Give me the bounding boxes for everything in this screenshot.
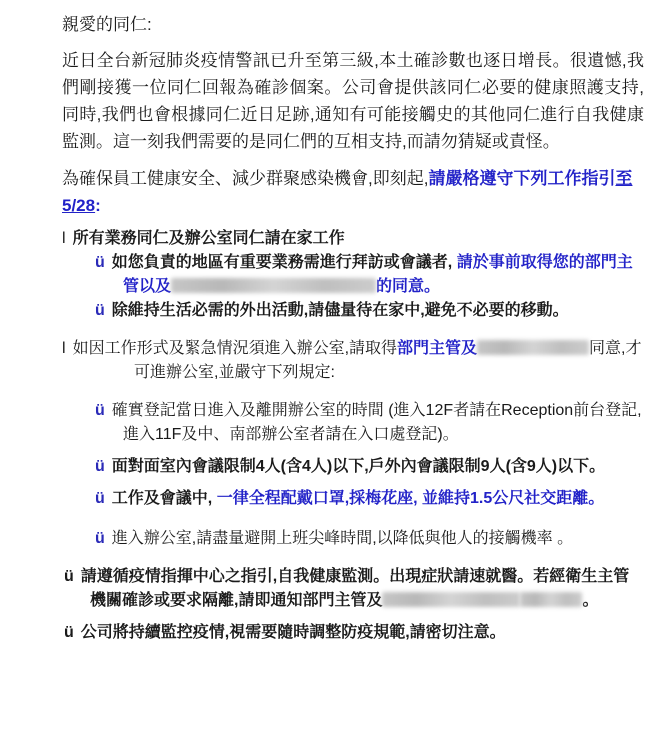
list-item-work-from-home: l所有業務同仁及辦公室同仁請在家工作 (62, 227, 644, 251)
list-item-visits-approval: ü如您負責的地區有重要業務需進行拜訪或會議者, 請於事前取得您的部門主管以及的同… (95, 251, 644, 299)
preface-paragraph: 為確保員工健康安全、減少群聚感染機會,即刻起,請嚴格遵守下列工作指引至5/28: (62, 165, 644, 219)
item-text: 如因工作形式及緊急情況須進入辦公室,請取得 (73, 340, 397, 357)
check-bullet-icon: ü (64, 624, 74, 641)
memo-document: 親愛的同仁: 近日全台新冠肺炎疫情警訊已升至第三級,本土確診數也逐日增長。很遺憾… (0, 0, 658, 730)
item-text: 確實登記當日進入及離開辦公室的時間 (進入12F者請在Reception前台登記… (112, 402, 642, 443)
greeting-line: 親愛的同仁: (62, 12, 644, 37)
section-bullet-icon: l (62, 340, 66, 357)
item-text: 除維持生活必需的外出活動,請儘量待在家中,避免不必要的移動。 (112, 302, 569, 319)
preface-colon: : (95, 196, 101, 215)
list-item-meeting-limit: ü面對面室內會議限制4人(含4人)以下,戶外內會議限制9人(含9人)以下。 (95, 455, 644, 479)
preface-lead: 為確保員工健康安全、減少群聚感染機會,即刻起, (62, 169, 428, 188)
item-text: 面對面室內會議限制4人(含4人)以下,戶外內會議限制9人(含9人)以下。 (112, 458, 605, 475)
check-bullet-icon: ü (95, 254, 105, 271)
check-bullet-icon: ü (95, 490, 105, 507)
item-text: 工作及會議中, (112, 490, 217, 507)
redacted-name-region (477, 340, 589, 355)
section-bullet-icon: l (62, 230, 66, 247)
list-item-office-entry: l如因工作形式及緊急情況須進入辦公室,請取得部門主管及同意,才可進辦公室,並嚴守… (62, 337, 644, 385)
list-item-mask-rule: ü工作及會議中, 一律全程配戴口罩,採梅花座, 並維持1.5公尺社交距離。 (95, 487, 644, 511)
check-bullet-icon: ü (95, 302, 105, 319)
item-text: 公司將持續監控疫情,視需要隨時調整防疫規範,請密切注意。 (81, 624, 506, 641)
redacted-name-region (171, 278, 376, 293)
list-item-ongoing-monitoring: ü公司將持續監控疫情,視需要隨時調整防疫規範,請密切注意。 (64, 621, 644, 645)
item-text-accent: 的同意。 (376, 278, 440, 295)
check-bullet-icon: ü (95, 402, 105, 419)
redacted-name-region (520, 592, 582, 607)
item-text: 進入辦公室,請盡量避開上班尖峰時間,以降低與他人的接觸機率 。 (112, 530, 573, 547)
check-bullet-icon: ü (64, 568, 74, 585)
check-bullet-icon: ü (95, 458, 105, 475)
intro-paragraph: 近日全台新冠肺炎疫情警訊已升至第三級,本土確診數也逐日增長。很遺憾,我們剛接獲一… (62, 47, 644, 155)
list-item-avoid-peak: ü進入辦公室,請盡量避開上班尖峰時間,以降低與他人的接觸機率 。 (95, 527, 644, 551)
list-item-stay-home: ü除維持生活必需的外出活動,請儘量待在家中,避免不必要的移動。 (95, 299, 644, 323)
item-text: 所有業務同仁及辦公室同仁請在家工作 (73, 230, 345, 247)
list-item-register-time: ü確實登記當日進入及離開辦公室的時間 (進入12F者請在Reception前台登… (95, 399, 644, 447)
list-item-self-monitor: ü請遵循疫情指揮中心之指引,自我健康監測。出現症狀請速就醫。若經衛生主管機關確診… (64, 565, 644, 613)
redacted-name-region (382, 592, 520, 607)
preface-emphasis: 請嚴格遵守下列工作指引 (428, 169, 615, 188)
item-text: 。 (582, 592, 598, 609)
item-text: 如您負責的地區有重要業務需進行拜訪或會議者, (112, 254, 457, 271)
item-text-accent: 部門主管及 (397, 340, 477, 357)
item-text-accent: 一律全程配戴口罩,採梅花座, 並維持1.5公尺社交距離。 (217, 490, 605, 507)
check-bullet-icon: ü (95, 530, 105, 547)
